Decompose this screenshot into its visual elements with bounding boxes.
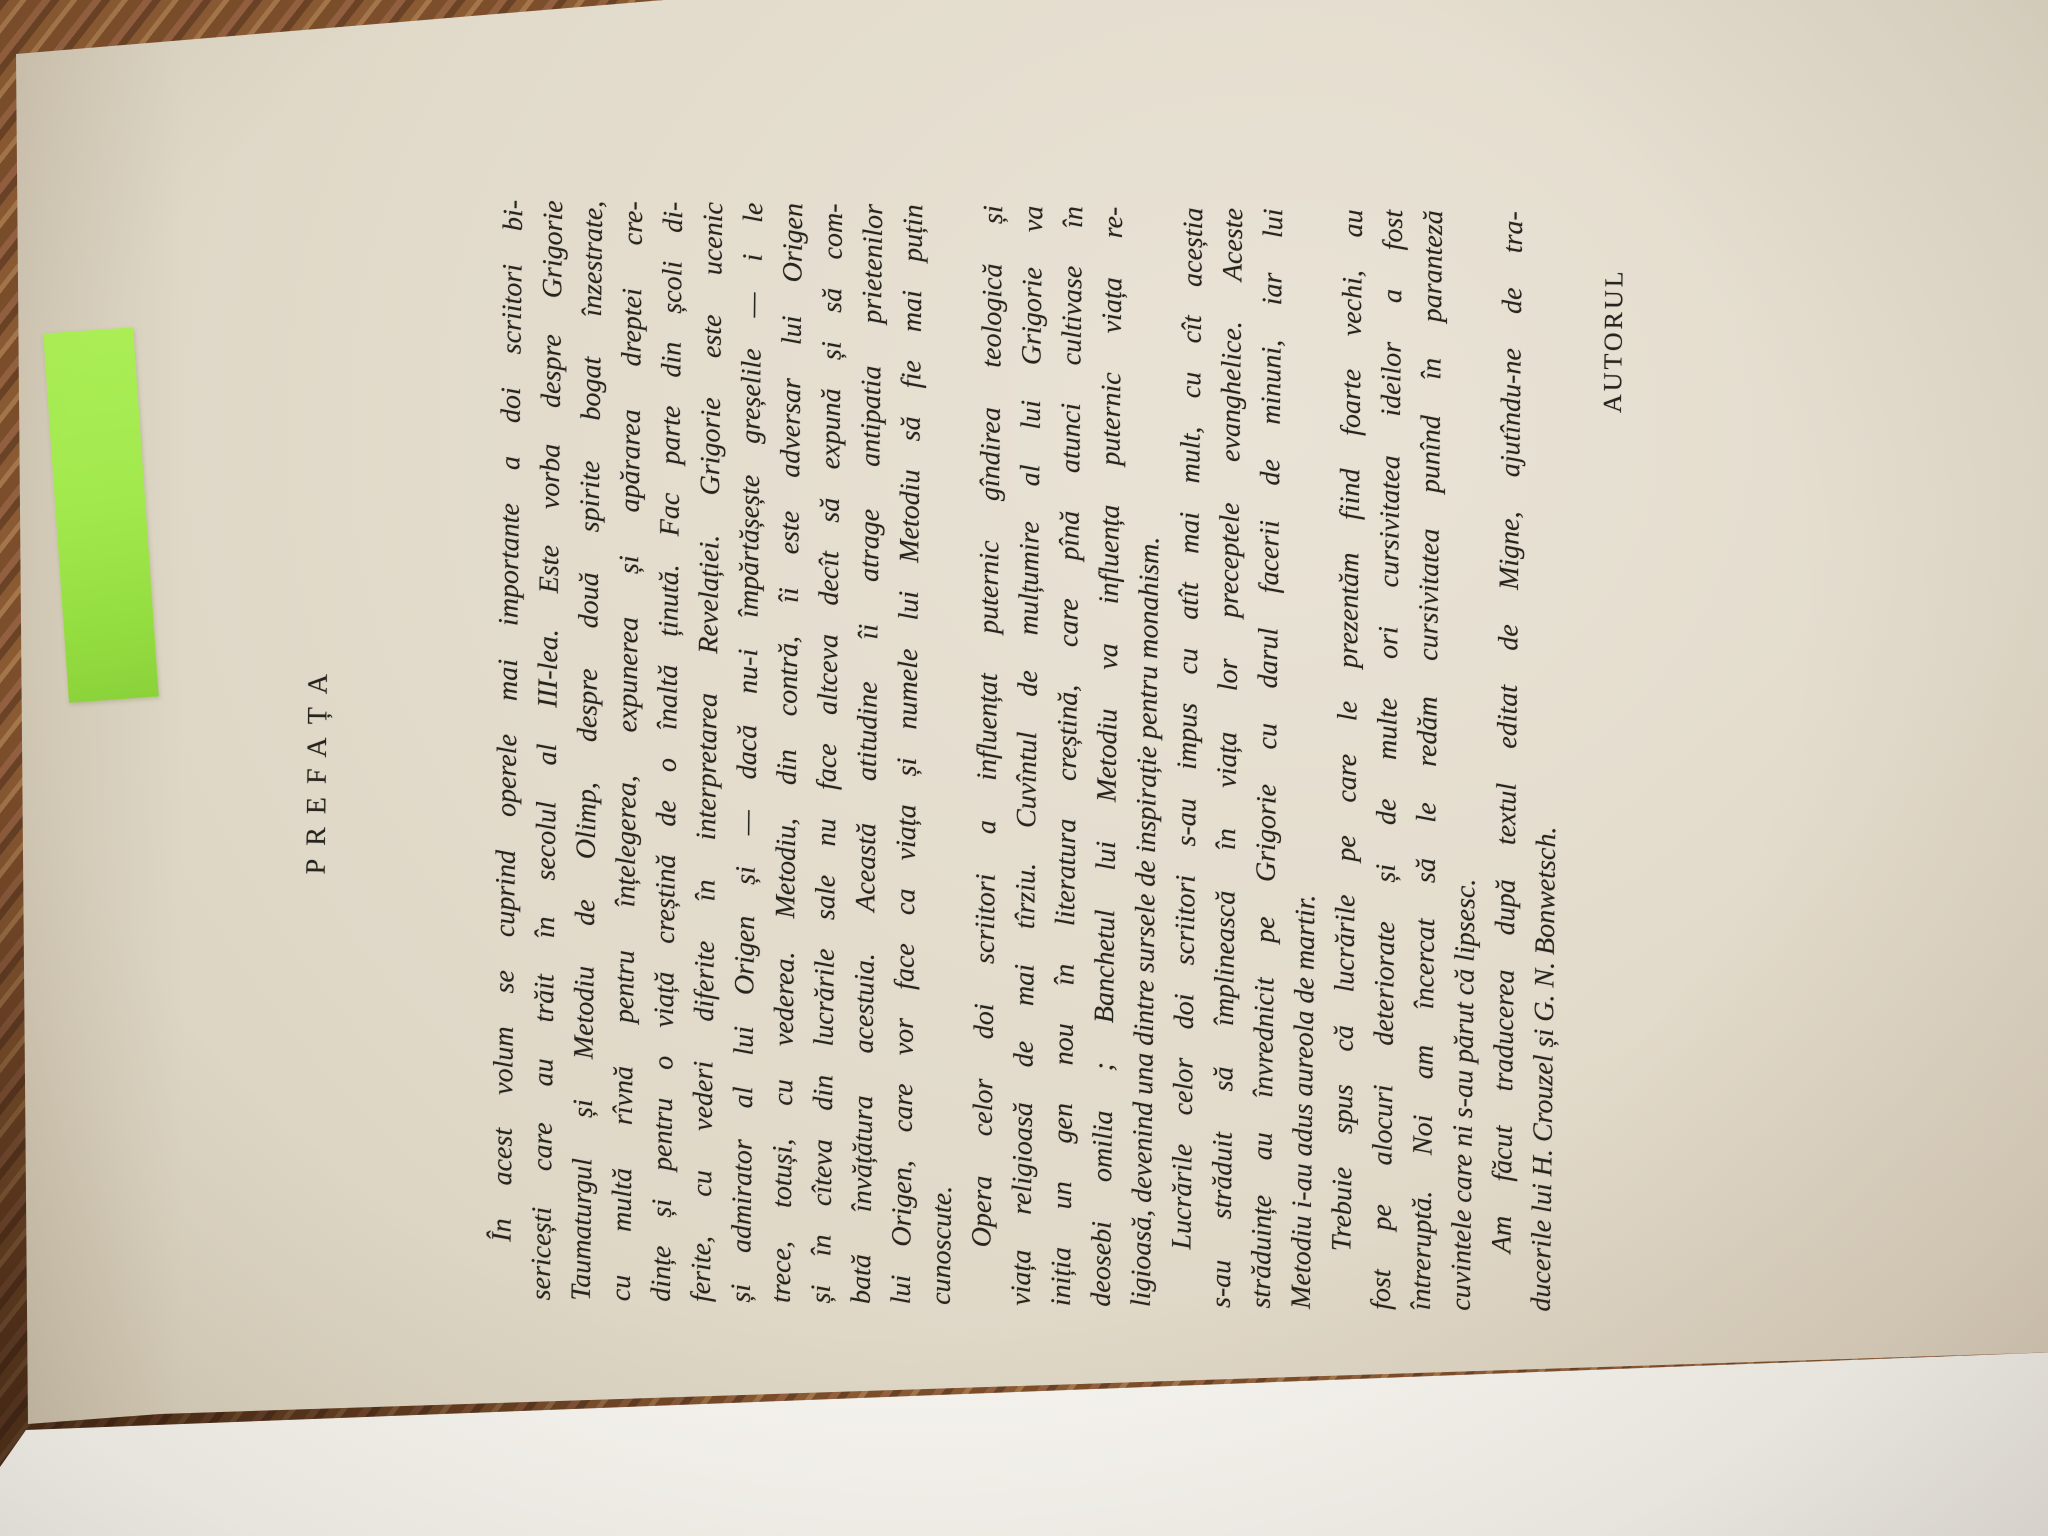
preface-title: PREFAȚA (292, 237, 344, 1297)
page-text-block: PREFAȚA În acest volum se cuprind operel… (292, 197, 1636, 1312)
book-page: PREFAȚA În acest volum se cuprind operel… (0, 0, 2048, 1536)
preface-body: În acest volum se cuprind operele mai im… (482, 200, 1574, 1312)
author-signature: AUTORUL (1582, 212, 1636, 1312)
